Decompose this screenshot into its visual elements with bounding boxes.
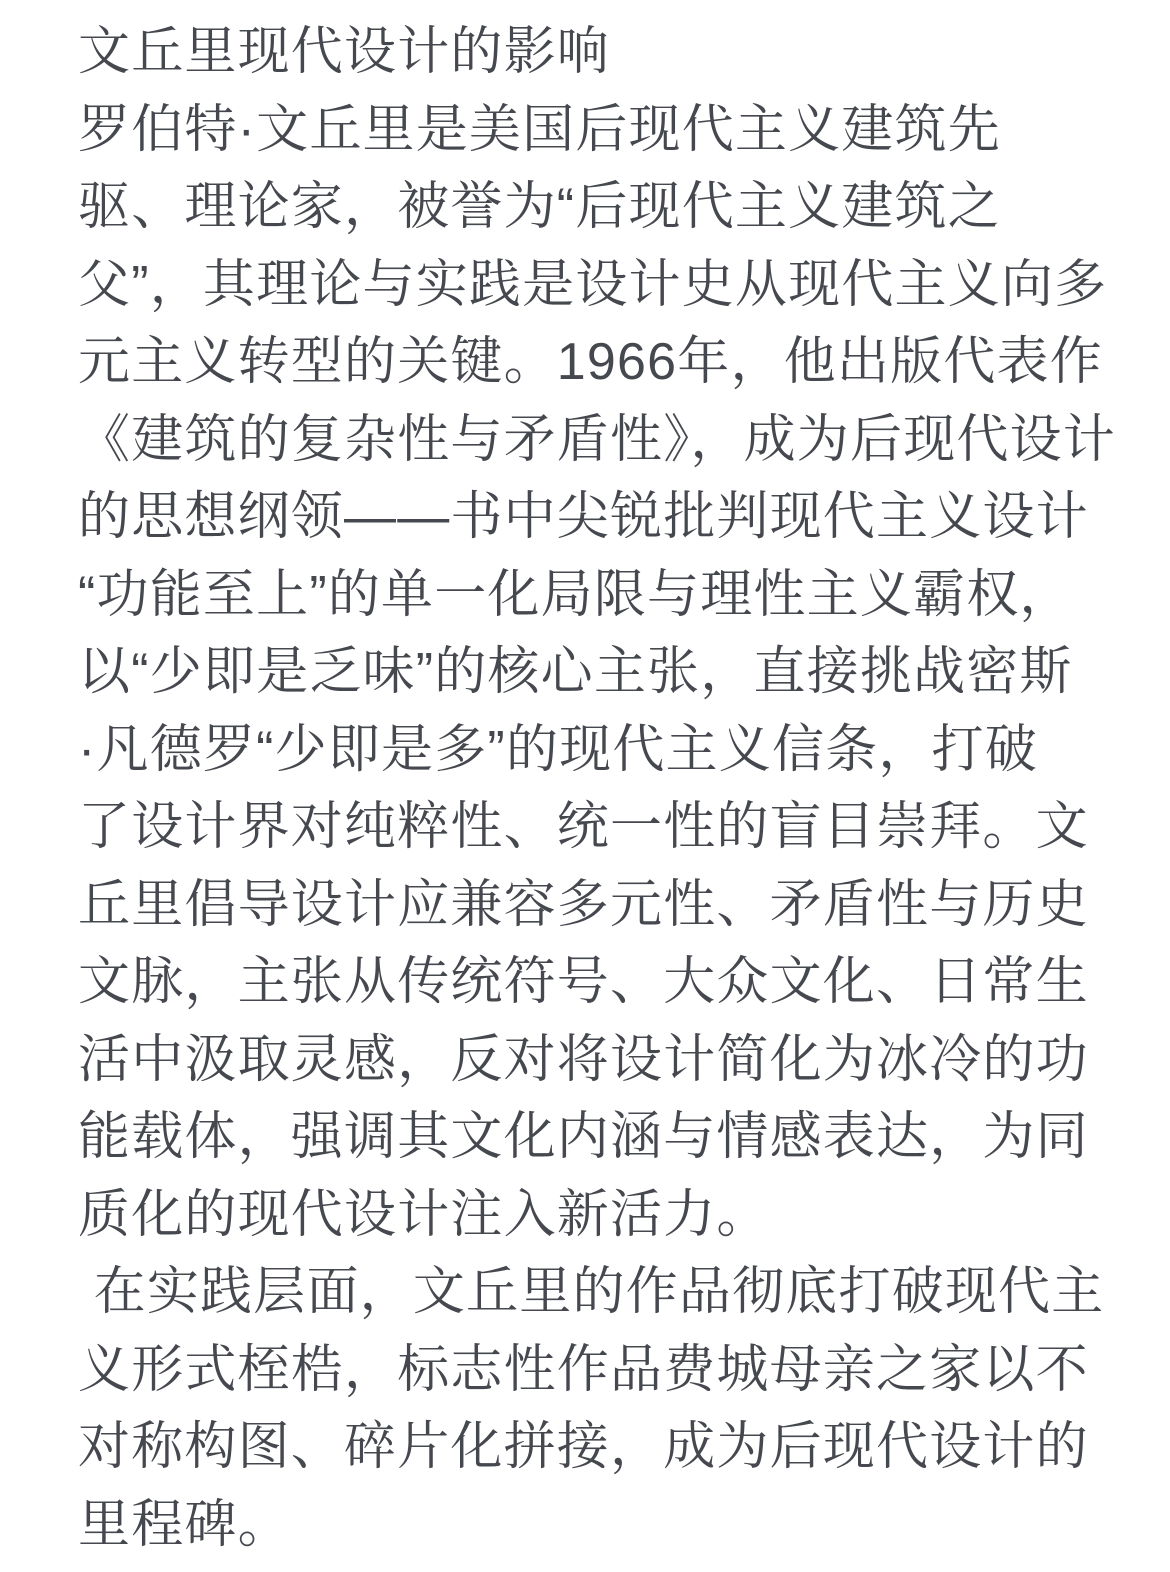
text-line: 义形式桎梏，标志性作品费城母亲之家以不 bbox=[78, 1332, 1094, 1410]
body-text: 罗伯特·文丘里是美国后现代主义建筑先驱、理论家，被誉为“后现代主义建筑之父”，其… bbox=[78, 92, 1094, 1565]
document-page: 文丘里现代设计的影响 罗伯特·文丘里是美国后现代主义建筑先驱、理论家，被誉为“后… bbox=[0, 0, 1170, 1572]
text-line: “功能至上”的单一化局限与理性主义霸权， bbox=[78, 557, 1094, 635]
text-line: 质化的现代设计注入新活力。 bbox=[78, 1177, 1094, 1255]
text-line: 里程碑。 bbox=[78, 1487, 1094, 1565]
text-line: 元主义转型的关键。1966年，他出版代表作 bbox=[78, 324, 1094, 402]
paragraph: 罗伯特·文丘里是美国后现代主义建筑先驱、理论家，被誉为“后现代主义建筑之父”，其… bbox=[78, 92, 1094, 1255]
text-line: 丘里倡导设计应兼容多元性、矛盾性与历史 bbox=[78, 867, 1094, 945]
text-line: 能载体，强调其文化内涵与情感表达，为同 bbox=[78, 1099, 1094, 1177]
text-line: 的思想纲领——书中尖锐批判现代主义设计 bbox=[78, 479, 1094, 557]
paragraph: 在实践层面，文丘里的作品彻底打破现代主义形式桎梏，标志性作品费城母亲之家以不对称… bbox=[78, 1254, 1094, 1564]
text-line: 《建筑的复杂性与矛盾性》，成为后现代设计 bbox=[78, 402, 1094, 480]
text-line: 活中汲取灵感，反对将设计简化为冰冷的功 bbox=[78, 1022, 1094, 1100]
text-line: 对称构图、碎片化拼接，成为后现代设计的 bbox=[78, 1409, 1094, 1487]
text-line: 罗伯特·文丘里是美国后现代主义建筑先 bbox=[78, 92, 1094, 170]
text-line: 了设计界对纯粹性、统一性的盲目崇拜。文 bbox=[78, 789, 1094, 867]
page-title: 文丘里现代设计的影响 bbox=[78, 14, 1094, 92]
text-line: 在实践层面，文丘里的作品彻底打破现代主 bbox=[78, 1254, 1094, 1332]
text-line: 文脉，主张从传统符号、大众文化、日常生 bbox=[78, 944, 1094, 1022]
text-line: ·凡德罗“少即是多”的现代主义信条，打破 bbox=[78, 712, 1094, 790]
text-line: 驱、理论家，被誉为“后现代主义建筑之 bbox=[78, 169, 1094, 247]
text-line: 父”，其理论与实践是设计史从现代主义向多 bbox=[78, 247, 1094, 325]
text-line: 以“少即是乏味”的核心主张，直接挑战密斯 bbox=[78, 634, 1094, 712]
